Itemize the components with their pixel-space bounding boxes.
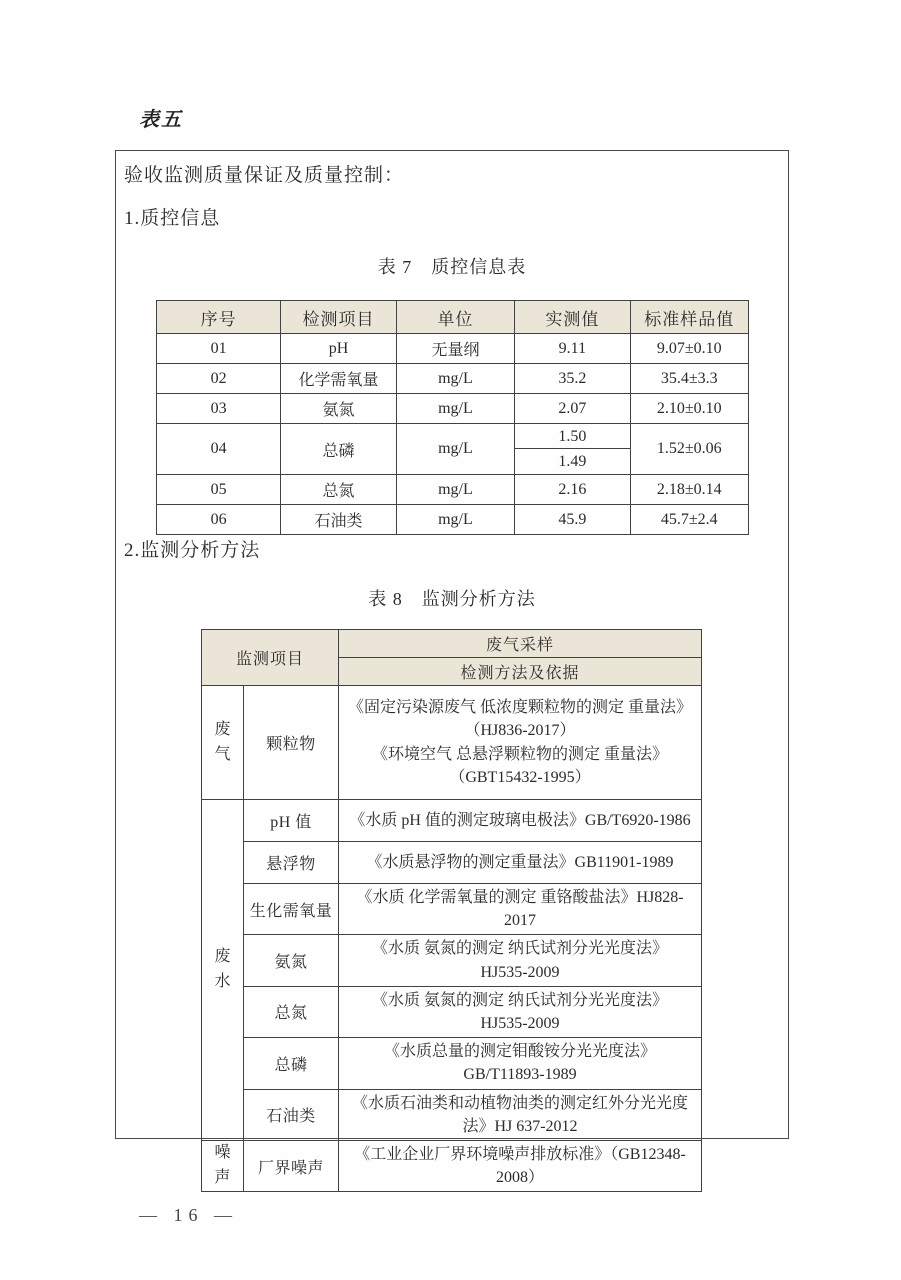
cell-standard: 45.7±2.4 [630,505,748,535]
cell-method: 《水质 化学需氧量的测定 重铬酸盐法》HJ828- 2017 [339,884,702,935]
cell-serial: 02 [157,364,281,394]
cell-method: 《水质 氨氮的测定 纳氏试剂分光光度法》 HJ535-2009 [339,935,702,986]
cell-item: 悬浮物 [244,842,339,884]
cell-standard: 35.4±3.3 [630,364,748,394]
analysis-method-table: 监测项目 废气采样 检测方法及依据 废气 颗粒物 《固定污染源废气 低浓度颗粒物… [201,629,702,1192]
cell-method: 《水质石油类和动植物油类的测定红外分光光度 法》HJ 637-2012 [339,1089,702,1140]
table-row: 噪声 厂界噪声 《工业企业厂界环境噪声排放标准》（GB12348- 2008） [202,1140,702,1191]
cell-measured: 45.9 [515,505,630,535]
table-row: 生化需氧量 《水质 化学需氧量的测定 重铬酸盐法》HJ828- 2017 [202,884,702,935]
corner-label: 表五 [139,103,183,132]
cell-method: 《水质悬浮物的测定重量法》GB11901-1989 [339,842,702,884]
cell-unit: mg/L [396,394,514,424]
cell-unit: 无量纲 [396,334,514,364]
cell-measured-split: 1.50 1.49 [515,424,630,475]
cell-serial: 06 [157,505,281,535]
col-header-measured: 实测值 [515,301,630,334]
cell-item: 总磷 [244,1038,339,1089]
cell-measured: 35.2 [515,364,630,394]
cell-unit: mg/L [396,475,514,505]
cell-item: 石油类 [244,1089,339,1140]
cell-method: 《工业企业厂界环境噪声排放标准》（GB12348- 2008） [339,1140,702,1191]
cell-item: pH 值 [244,800,339,842]
cell-serial: 04 [157,424,281,475]
cell-item: 氨氮 [244,935,339,986]
cell-standard: 1.52±0.06 [630,424,748,475]
col-header-standard: 标准样品值 [630,301,748,334]
table-row: 05 总氮 mg/L 2.16 2.18±0.14 [157,475,749,505]
col-header-serial: 序号 [157,301,281,334]
cell-unit: mg/L [396,364,514,394]
category-gas: 废气 [202,686,244,800]
cell-method: 《固定污染源废气 低浓度颗粒物的测定 重量法》 （HJ836-2017） 《环境… [339,686,702,800]
cell-item: 氨氮 [281,394,396,424]
table8-title: 表 8 监测分析方法 [116,585,788,611]
cell-unit: mg/L [396,424,514,475]
page-number: — 16 — [139,1205,238,1226]
cell-method: 《水质 氨氮的测定 纳氏试剂分光光度法》 HJ535-2009 [339,986,702,1037]
cell-measured-top: 1.50 [515,424,629,449]
intro-text: 验收监测质量保证及质量控制： [124,160,404,187]
cell-item: 化学需氧量 [281,364,396,394]
cell-method: 《水质 pH 值的测定玻璃电极法》GB/T6920-1986 [339,800,702,842]
cell-measured: 2.07 [515,394,630,424]
category-water: 废水 [202,800,244,1141]
table-row: 02 化学需氧量 mg/L 35.2 35.4±3.3 [157,364,749,394]
document-page: 表五 验收监测质量保证及质量控制： 1.质控信息 表 7 质控信息表 序号 检测… [0,0,901,1280]
section-2-heading: 2.监测分析方法 [124,535,260,562]
col-header-project: 监测项目 [202,630,339,686]
cell-method: 《水质总量的测定钼酸铵分光光度法》 GB/T11893-1989 [339,1038,702,1089]
table-row: 石油类 《水质石油类和动植物油类的测定红外分光光度 法》HJ 637-2012 [202,1089,702,1140]
col-header-sampling: 废气采样 [339,630,702,658]
col-header-method: 检测方法及依据 [339,658,702,686]
table-row: 04 总磷 mg/L 1.50 1.49 1.52±0.06 [157,424,749,475]
category-noise: 噪声 [202,1140,244,1191]
table-row: 废气 颗粒物 《固定污染源废气 低浓度颗粒物的测定 重量法》 （HJ836-20… [202,686,702,800]
cell-item: 总氮 [281,475,396,505]
cell-standard: 2.18±0.14 [630,475,748,505]
qc-info-table: 序号 检测项目 单位 实测值 标准样品值 01 pH 无量纲 9.11 9.07… [156,300,749,535]
cell-standard: 9.07±0.10 [630,334,748,364]
cell-item: 厂界噪声 [244,1140,339,1191]
cell-measured: 2.16 [515,475,630,505]
content-box: 验收监测质量保证及质量控制： 1.质控信息 表 7 质控信息表 序号 检测项目 … [115,150,789,1139]
table-header-row: 序号 检测项目 单位 实测值 标准样品值 [157,301,749,334]
table-row: 03 氨氮 mg/L 2.07 2.10±0.10 [157,394,749,424]
table-row: 06 石油类 mg/L 45.9 45.7±2.4 [157,505,749,535]
table-row: 01 pH 无量纲 9.11 9.07±0.10 [157,334,749,364]
cell-standard: 2.10±0.10 [630,394,748,424]
table7-title: 表 7 质控信息表 [116,253,788,279]
table-row: 悬浮物 《水质悬浮物的测定重量法》GB11901-1989 [202,842,702,884]
table-header-row: 监测项目 废气采样 [202,630,702,658]
cell-item: pH [281,334,396,364]
table-row: 氨氮 《水质 氨氮的测定 纳氏试剂分光光度法》 HJ535-2009 [202,935,702,986]
col-header-unit: 单位 [396,301,514,334]
section-1-heading: 1.质控信息 [124,203,220,230]
table-row: 废水 pH 值 《水质 pH 值的测定玻璃电极法》GB/T6920-1986 [202,800,702,842]
cell-measured-bottom: 1.49 [515,449,629,474]
table-row: 总氮 《水质 氨氮的测定 纳氏试剂分光光度法》 HJ535-2009 [202,986,702,1037]
cell-serial: 05 [157,475,281,505]
cell-measured: 9.11 [515,334,630,364]
cell-item: 总氮 [244,986,339,1037]
cell-item: 总磷 [281,424,396,475]
col-header-item: 检测项目 [281,301,396,334]
cell-item: 颗粒物 [244,686,339,800]
cell-serial: 01 [157,334,281,364]
cell-item: 石油类 [281,505,396,535]
cell-serial: 03 [157,394,281,424]
table-row: 总磷 《水质总量的测定钼酸铵分光光度法》 GB/T11893-1989 [202,1038,702,1089]
cell-unit: mg/L [396,505,514,535]
cell-item: 生化需氧量 [244,884,339,935]
